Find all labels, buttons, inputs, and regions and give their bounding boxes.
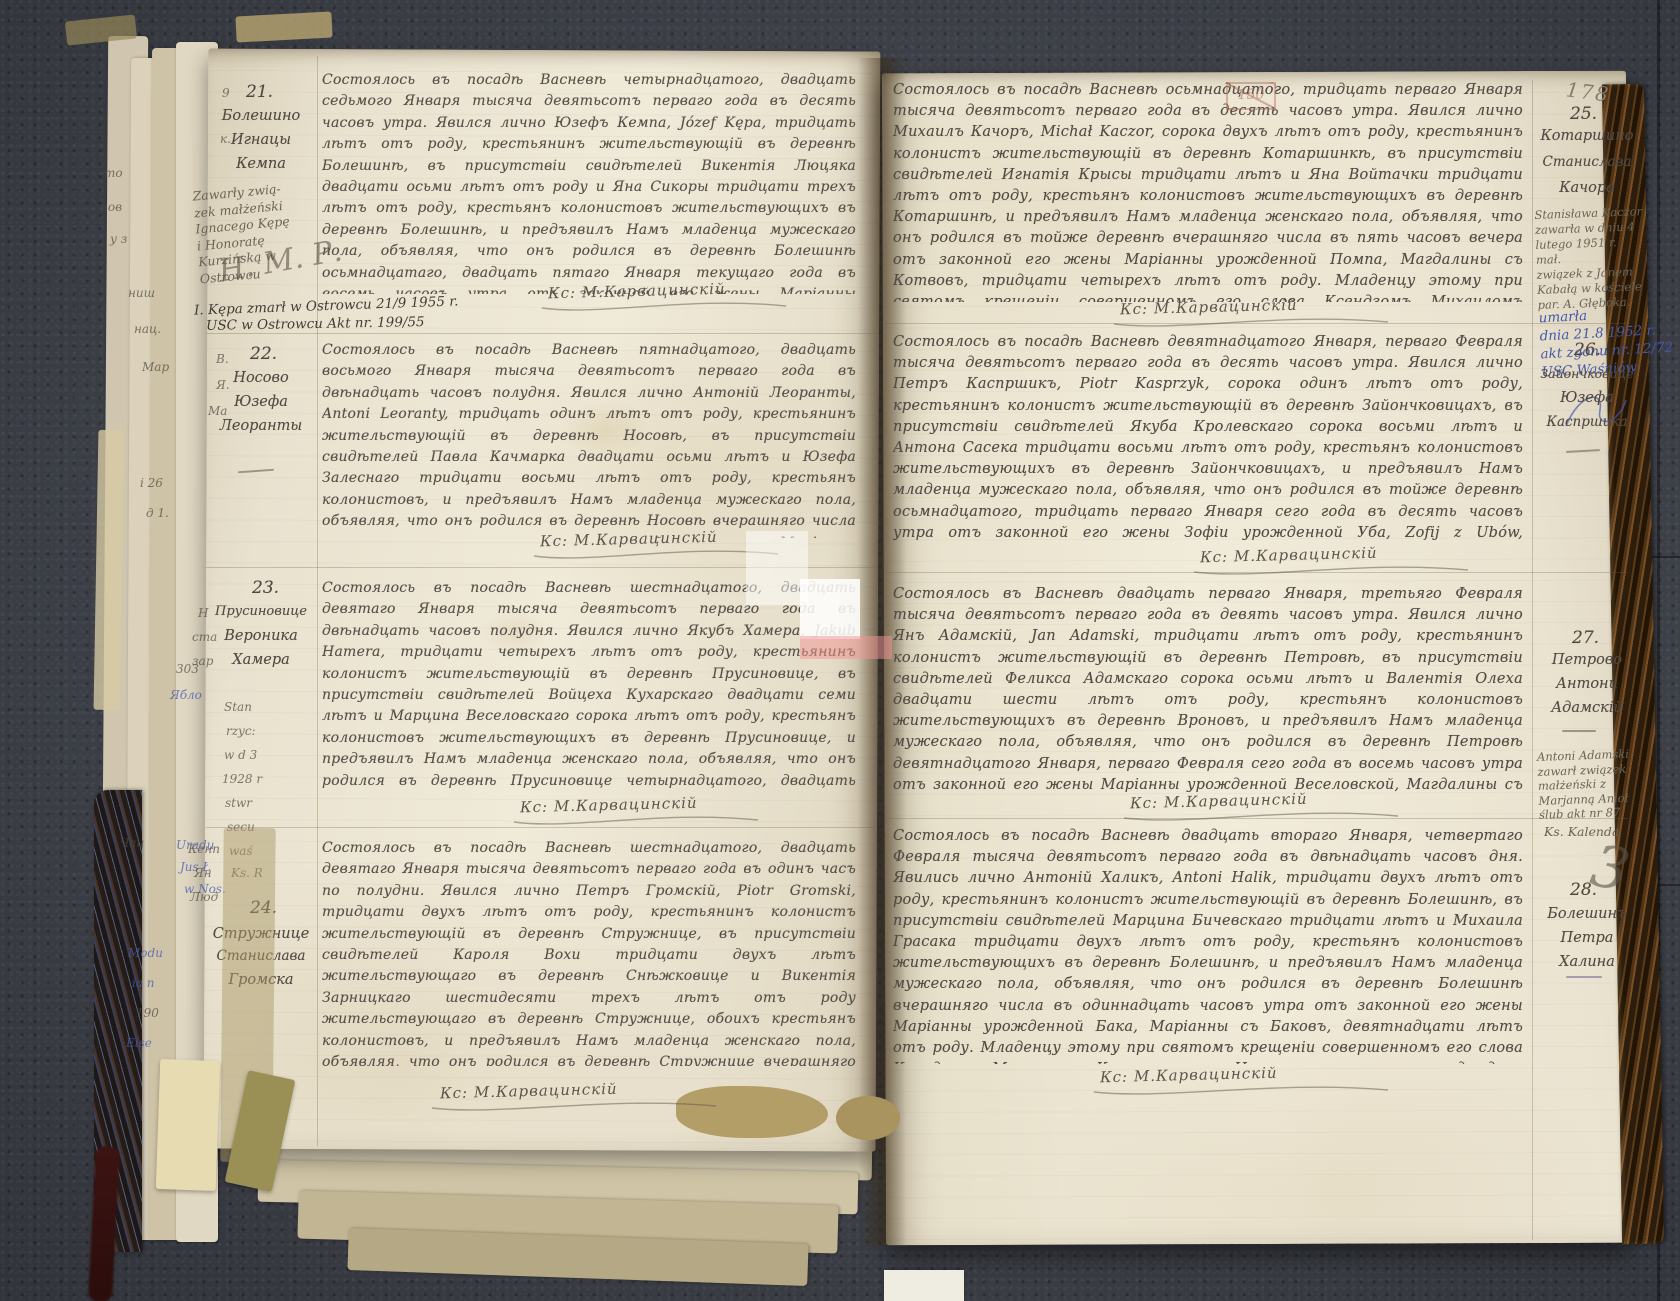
text-fragment: у з [110, 232, 127, 246]
text-fragment: нац. [134, 322, 161, 336]
signature-flourish [540, 300, 790, 314]
text-fragment: Люд [190, 890, 218, 904]
text-fragment: ниш [128, 286, 155, 300]
marriage-pencil-note: Antoni Adamski zawarł związek małżeński … [1537, 746, 1647, 822]
signature-flourish [512, 814, 762, 828]
entry-number: 23. [252, 578, 279, 598]
entry-number: 25. [1570, 104, 1597, 124]
entry-body-text: Состоялось въ Васневѣ двадцать перваго Я… [893, 584, 1523, 792]
white-overlay-square [800, 579, 860, 639]
entry-body-text: Состоялось въ посадѣ Васневѣ двадцать вт… [893, 826, 1523, 1064]
photo-of-register-book: 21. Болешино Игнацы Кемпа Zawarły zwią- … [0, 0, 1680, 1301]
text-fragment-blue: Modu [128, 946, 163, 960]
margin-surname: Леоранты [208, 418, 314, 434]
signature-flourish [532, 548, 782, 562]
margin-name: Петра [1536, 930, 1638, 946]
text-fragment: В. [216, 352, 229, 366]
entry-body-text: Состоялось въ посадѣ Васневѣ девятнадцат… [893, 332, 1523, 546]
margin-surname: Кемпа [208, 156, 314, 172]
entry-body-text: Состоялось въ посадѣ Васневѣ четырнадцат… [322, 70, 856, 294]
text-fragment: Stan [224, 700, 252, 714]
text-fragment: то [104, 166, 123, 180]
tape-strip [94, 430, 125, 710]
right-margin-rule [1532, 80, 1533, 1240]
text-fragment: 190 [136, 1006, 159, 1020]
margin-name: Юзефа [1536, 390, 1638, 406]
entry-number: 27. [1572, 628, 1599, 648]
entry-separator [206, 333, 876, 334]
text-fragment: 9 [222, 86, 230, 100]
margin-name: Вероника [208, 628, 314, 644]
signature-flourish [1112, 316, 1392, 330]
text-fragment: 1928 r [222, 772, 262, 786]
entry-number: 26. [1574, 340, 1601, 360]
signature-flourish [1192, 564, 1472, 578]
pencil-note-line: lutego 1951 r. mał. [1535, 234, 1646, 268]
margin-surname: Каспршика [1536, 414, 1638, 430]
margin-place: Болешинъ [1536, 906, 1638, 922]
margin-place: Носово [208, 370, 314, 386]
margin-surname: Хамера [208, 652, 314, 668]
white-overlay-patch [746, 531, 808, 605]
entry-number: 21. [246, 82, 273, 102]
tape-strip [235, 12, 332, 43]
margin-dash-purple [1566, 976, 1602, 978]
text-fragment-blue: Еise [126, 1036, 152, 1050]
text-fragment: і 26 [140, 476, 163, 490]
text-fragment: Ян [194, 866, 212, 880]
text-fragment: Мар [142, 360, 169, 374]
entry-body-text: Состоялось въ посадѣ Васневѣ шестнадцато… [322, 838, 856, 1066]
margin-surname: Качора [1536, 180, 1638, 196]
text-fragment: w d 3 [224, 748, 257, 762]
entry-body-text: Состоялось въ посадѣ Васневѣ шестнадцато… [322, 578, 856, 792]
text-fragment: rzyc: [226, 724, 256, 738]
entry-number: 28. [1570, 880, 1597, 900]
margin-name: Антони [1536, 676, 1638, 692]
margin-place: Зайончковице [1534, 366, 1640, 381]
text-fragment: д 1. [146, 506, 169, 520]
margin-place: Болешино [208, 108, 314, 124]
text-fragment: Кенп [188, 842, 220, 856]
text-fragment: нов [100, 200, 122, 214]
signature-flourish [430, 1100, 720, 1114]
text-fragment: stwr [225, 796, 252, 810]
margin-surname: Адамскій [1536, 700, 1638, 716]
signature-flourish [1122, 810, 1402, 824]
margin-place: Прусиновице [206, 604, 316, 619]
torn-hole [836, 1096, 900, 1140]
tape-strip [156, 1059, 221, 1191]
margin-surname: Халина [1536, 954, 1638, 970]
entry-body-text: Состоялось въ посадѣ Васневѣ пятнадцатог… [322, 340, 856, 538]
signature-flourish [1092, 1084, 1392, 1098]
pink-highlight [800, 636, 892, 659]
margin-name: Игнацы [208, 132, 314, 148]
text-fragment-blue: Ябло [170, 688, 202, 702]
marriage-pencil-note: Stanisława Kaczor zawarła w dniu 4 luteg… [1534, 204, 1648, 313]
margin-dash [1562, 730, 1596, 732]
crossed-out-stamp: 150 [1226, 82, 1276, 110]
entry-number: 22. [250, 344, 277, 364]
margin-name: Станислава [1536, 154, 1638, 170]
margin-name: Юзефа [208, 394, 314, 410]
text-fragment-blue: ia n [132, 976, 155, 990]
white-sticker [884, 1270, 964, 1301]
margin-place: Котаршино [1536, 128, 1638, 144]
margin-place: Петрово [1536, 652, 1638, 668]
text-fragment: Чан [120, 836, 144, 850]
entry-body-text: Состоялось въ посадѣ Васневѣ осьмнадцато… [893, 80, 1523, 302]
